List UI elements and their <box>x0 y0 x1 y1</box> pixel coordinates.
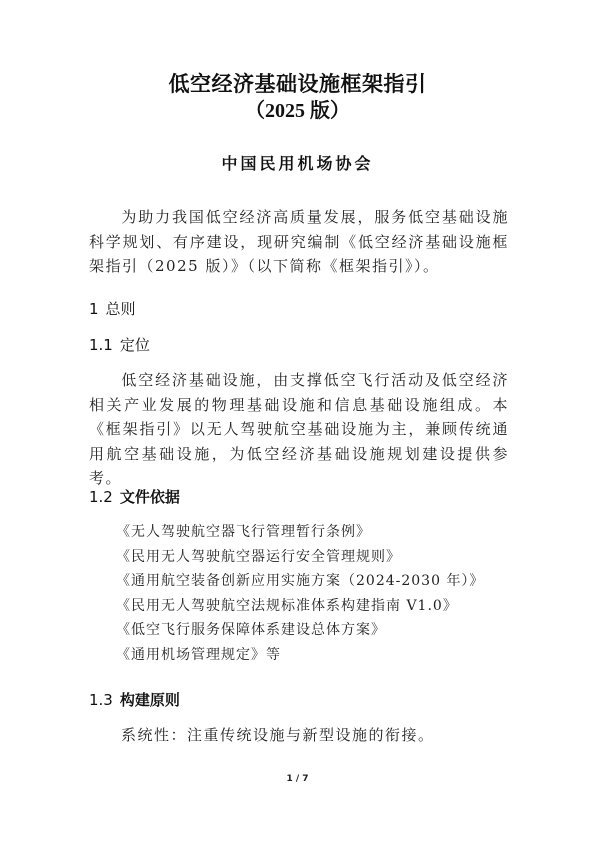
section-number: 1 <box>89 300 99 318</box>
document-edition: （2025 版） <box>0 97 595 125</box>
reference-item: 《通用机场管理规定》等 <box>116 643 516 668</box>
reference-item: 《民用无人驾驶航空器运行安全管理规则》 <box>116 545 516 570</box>
intro-text: 为助力我国低空经济高质量发展，服务低空基础设施科学规划、有序建设，现研究编制《低… <box>89 208 509 275</box>
section-heading-1-2: 1.2文件依据 <box>89 486 180 508</box>
reference-item: 《通用航空装备创新应用实施方案（2024-2030 年）》 <box>116 569 516 594</box>
section-title: 定位 <box>120 336 150 354</box>
positioning-text: 低空经济基础设施，由支撑低空飞行活动及低空经济相关产业发展的物理基础设施和信息基… <box>89 371 509 487</box>
reference-item: 《民用无人驾驶航空法规标准体系构建指南 V1.0》 <box>116 594 516 619</box>
reference-item: 《低空飞行服务保障体系建设总体方案》 <box>116 618 516 643</box>
section-heading-1-3: 1.3构建原则 <box>89 689 180 711</box>
section-heading-1-1: 1.1定位 <box>89 334 150 356</box>
intro-paragraph: 为助力我国低空经济高质量发展，服务低空基础设施科学规划、有序建设，现研究编制《低… <box>89 205 509 279</box>
reference-list: 《无人驾驶航空器飞行管理暂行条例》 《民用无人驾驶航空器运行安全管理规则》 《通… <box>116 520 516 667</box>
issuing-organization: 中国民用机场协会 <box>0 152 595 176</box>
reference-item: 《无人驾驶航空器飞行管理暂行条例》 <box>116 520 516 545</box>
page-number: 1 / 7 <box>0 774 595 784</box>
document-title: 低空经济基础设施框架指引 <box>0 70 595 98</box>
section-title: 文件依据 <box>120 488 180 506</box>
section-title: 构建原则 <box>120 691 180 709</box>
principle-paragraph: 系统性：注重传统设施与新型设施的衔接。 <box>89 723 509 748</box>
section-number: 1.2 <box>89 488 113 506</box>
section-heading-1: 1总则 <box>89 298 136 320</box>
principle-text: 系统性：注重传统设施与新型设施的衔接。 <box>121 726 435 744</box>
section-number: 1.1 <box>89 336 113 354</box>
section-number: 1.3 <box>89 691 113 709</box>
section-title: 总则 <box>106 300 136 318</box>
positioning-paragraph: 低空经济基础设施，由支撑低空飞行活动及低空经济相关产业发展的物理基础设施和信息基… <box>89 368 509 491</box>
document-page: 低空经济基础设施框架指引 （2025 版） 中国民用机场协会 为助力我国低空经济… <box>0 0 595 841</box>
